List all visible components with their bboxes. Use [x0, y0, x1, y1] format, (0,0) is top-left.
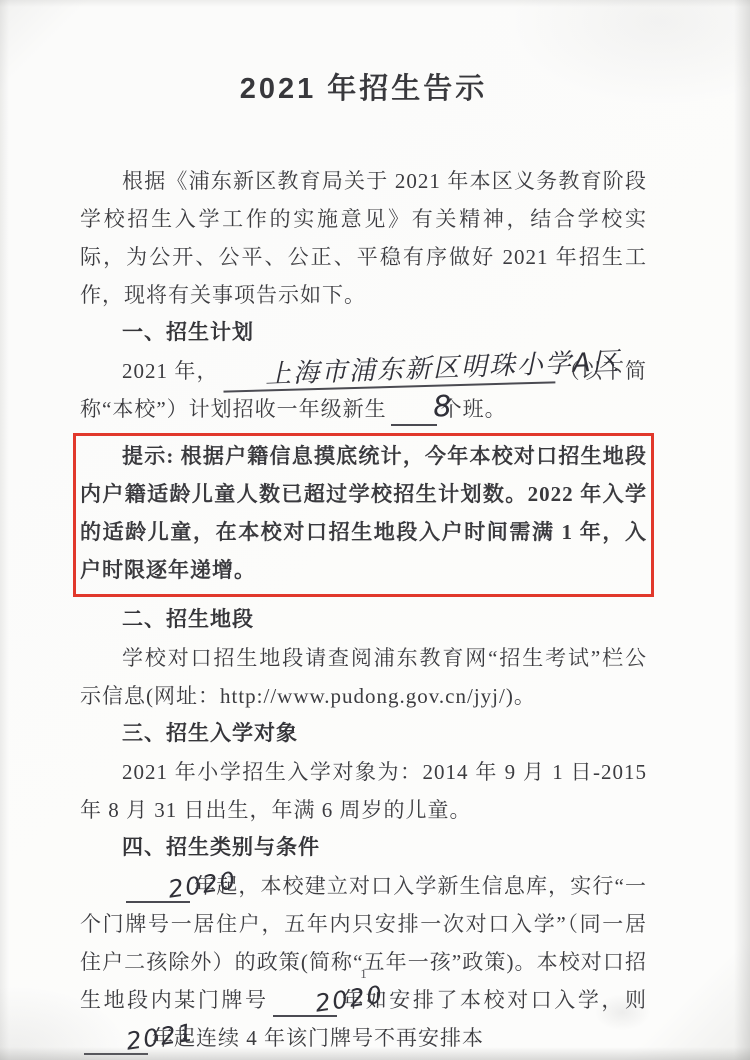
handwritten-year2: 2020	[313, 979, 386, 1018]
section3-heading: 三、招生入学对象	[80, 715, 647, 753]
notice-label: 提示:	[122, 444, 174, 468]
section3-paragraph: 2021 年小学招生入学对象为：2014 年 9 月 1 日-2015 年 8 …	[80, 753, 647, 829]
handwritten-class-count: 8	[432, 390, 454, 421]
section1-paragraph: 2021 年，上海市浦东新区明珠小学A区（以下简称“本校”）计划招收一年级新生8…	[80, 352, 647, 428]
scan-edge-right	[734, 0, 750, 1060]
red-annotation-box: 提示:根据户籍信息摸底统计，今年本校对口招生地段内户籍适龄儿童人数已超过学校招生…	[73, 433, 654, 597]
page-content: 2021 年招生告示 根据《浦东新区教育局关于 2021 年本区义务教育阶段学校…	[80, 0, 647, 1057]
scan-edge-bottom	[0, 1047, 750, 1060]
scanned-page: 2021 年招生告示 根据《浦东新区教育局关于 2021 年本区义务教育阶段学校…	[0, 0, 750, 1060]
section1-text-before: 2021 年，	[122, 359, 219, 383]
handwritten-school-name-blank: 上海市浦东新区明珠小学A区	[222, 350, 555, 392]
section4-paragraph: 2020年起，本校建立对口入学新生信息库，实行“一个门牌号一居住户，五年内只安排…	[80, 867, 647, 1057]
section1-heading: 一、招生计划	[80, 314, 647, 352]
section2-heading: 二、招生地段	[80, 601, 647, 639]
handwritten-year1-blank: 2020	[126, 870, 190, 903]
document-title: 2021 年招生告示	[80, 66, 647, 112]
section4-text2: 年如安排了本校对口入学，则	[341, 988, 647, 1012]
section4-heading: 四、招生类别与条件	[80, 829, 647, 867]
handwritten-class-count-blank: 8	[391, 391, 437, 426]
handwritten-year1: 2020	[166, 865, 239, 904]
handwritten-year2-blank: 2020	[273, 984, 337, 1017]
intro-paragraph: 根据《浦东新区教育局关于 2021 年本区义务教育阶段学校招生入学工作的实施意见…	[80, 162, 647, 314]
handwritten-school-name: 上海市浦东新区明珠小学A区	[264, 347, 621, 390]
scan-edge-left	[0, 0, 9, 1060]
page-number: 1	[80, 966, 647, 982]
section2-paragraph: 学校对口招生地段请查阅浦东教育网“招生考试”栏公示信息(网址：http://ww…	[80, 639, 647, 715]
notice-paragraph: 提示:根据户籍信息摸底统计，今年本校对口招生地段内户籍适龄儿童人数已超过学校招生…	[80, 437, 647, 589]
scan-edge-top	[0, 0, 750, 7]
